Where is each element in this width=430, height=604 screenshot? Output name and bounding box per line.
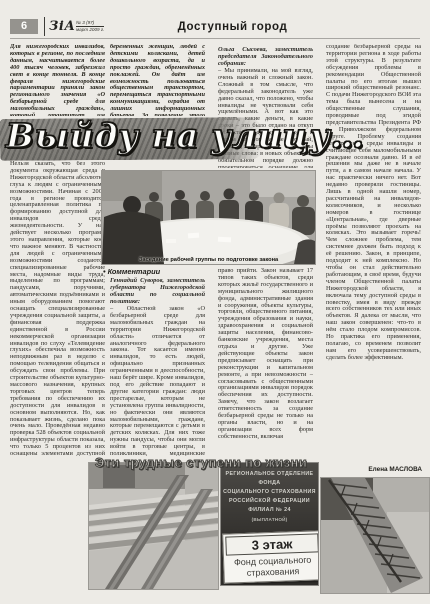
fss-sign-line: СОЦИАЛЬНОГО СТРАХОВАНИЯ	[221, 488, 318, 497]
article2-headline: Эти трудные ступени по жизни	[95, 455, 365, 470]
section-title: Доступный город	[45, 21, 420, 33]
meeting-photo-caption: Заседание рабочей группы по подготовке з…	[105, 257, 312, 263]
commentator1-quote: – Областной закон «О безбарьерной среде …	[110, 306, 205, 456]
fss-sign-line: ФИЛИАЛ № 24	[221, 506, 318, 515]
meeting-photo: Заседание рабочей группы по подготовке з…	[101, 170, 316, 265]
comments-section-header: • Комментарии	[103, 267, 160, 276]
fss-sign-line: РОССИЙСКОЙ ФЕДЕРАЦИИ	[221, 497, 318, 506]
page-number-badge: 6	[10, 19, 38, 34]
fss-sign-line: (ВЫПЛАТНОЙ)	[221, 515, 318, 524]
staircase-photo	[320, 477, 430, 594]
commentator1-name: Геннадий Суворов, заместитель губернатор…	[110, 277, 205, 305]
fss-sign-line: ФОНДА	[221, 479, 318, 488]
column-right: создание безбарьерной среды на территори…	[326, 44, 421, 462]
column-3-continued: право прийти. Закон называет 17 типов та…	[218, 268, 313, 456]
header-rule	[10, 38, 420, 39]
meeting-photo-art	[102, 171, 315, 264]
newspaper-page: 6 ЗіА № 3 (97) март 2009 г. Доступный го…	[0, 0, 430, 604]
fss-sign-line: РЕГИОНАЛЬНОЕ ОТДЕЛЕНИЕ	[221, 470, 318, 479]
floor-sign: 3 этаж Фонд социального страхования	[222, 530, 319, 583]
column-left: Нельзя сказать, что без этого документа …	[10, 161, 105, 456]
article1-headline: Выйду на улицу…	[6, 113, 306, 161]
fss-sign-photo: РЕГИОНАЛЬНОЕ ОТДЕЛЕНИЕ ФОНДА СОЦИАЛЬНОГО…	[220, 462, 319, 586]
ramp-photo	[88, 462, 219, 590]
staircase-photo-art	[321, 478, 429, 593]
floor-sign-title: 3 этаж	[225, 533, 319, 555]
fss-sign: РЕГИОНАЛЬНОЕ ОТДЕЛЕНИЕ ФОНДА СОЦИАЛЬНОГО…	[221, 463, 318, 524]
commentator2-name: Ольга Сысоева, заместитель председателя …	[218, 46, 313, 67]
ramp-photo-art	[89, 463, 218, 589]
intro-column-1: Для нижегородских инвалидов, которых в р…	[10, 44, 105, 116]
intro-column-2: беременных женщин, людей с детскими коля…	[110, 44, 205, 116]
